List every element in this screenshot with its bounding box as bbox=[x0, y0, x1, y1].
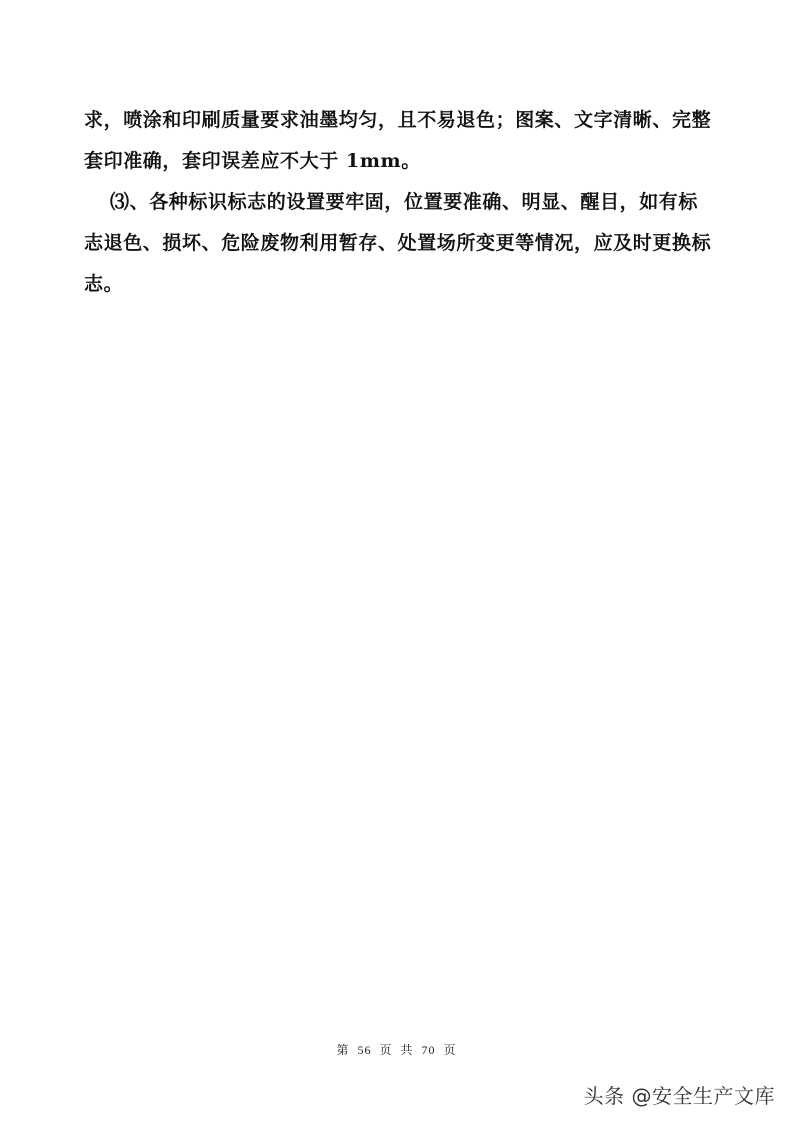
document-body: 求，喷涂和印刷质量要求油墨均匀，且不易退色；图案、文字清晰、完整 套印准确，套印… bbox=[84, 100, 720, 305]
paragraph-continued: 求，喷涂和印刷质量要求油墨均匀，且不易退色；图案、文字清晰、完整 套印准确，套印… bbox=[84, 100, 720, 182]
text-line: 求，喷涂和印刷质量要求油墨均匀，且不易退色；图案、文字清晰、完整 bbox=[84, 100, 720, 141]
source-watermark: 头条 @安全生产文库 bbox=[584, 1080, 775, 1109]
document-page: 求，喷涂和印刷质量要求油墨均匀，且不易退色；图案、文字清晰、完整 套印准确，套印… bbox=[0, 0, 793, 1122]
text-line: 志退色、损坏、危险废物利用暂存、处置场所变更等情况，应及时更换标 bbox=[84, 223, 720, 264]
paragraph-item-3: ⑶、各种标识标志的设置要牢固，位置要准确、明显、醒目，如有标 志退色、损坏、危险… bbox=[84, 182, 720, 305]
text-line: 志。 bbox=[84, 264, 720, 305]
text-line: 套印准确，套印误差应不大于 1mm。 bbox=[84, 141, 720, 182]
text-line: ⑶、各种标识标志的设置要牢固，位置要准确、明显、醒目，如有标 bbox=[84, 182, 720, 223]
page-number-footer: 第 56 页 共 70 页 bbox=[0, 1041, 793, 1058]
